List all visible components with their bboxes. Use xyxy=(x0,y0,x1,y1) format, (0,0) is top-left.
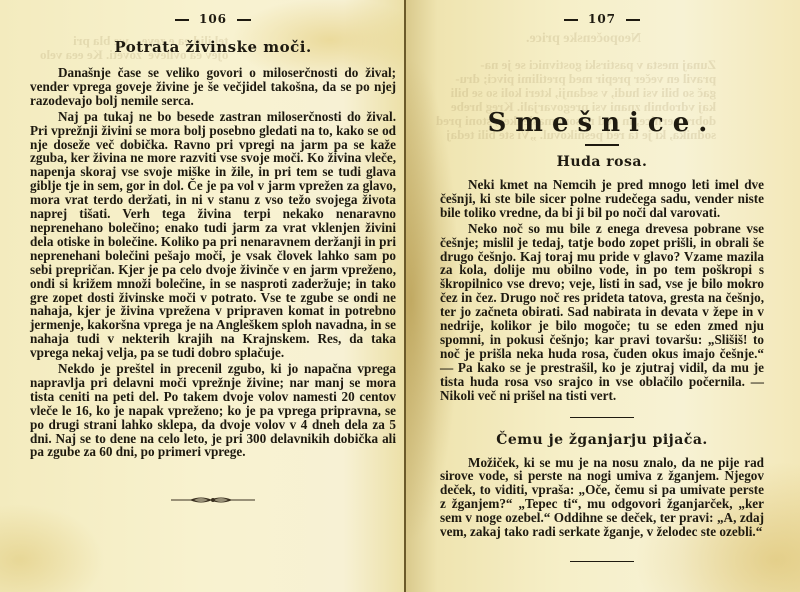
left-page: tel ilid ea e zeve we bla pri ojev ea ov… xyxy=(0,0,404,592)
section-divider xyxy=(570,561,634,562)
section-body: Možiček, ki se mu je na nosu znalo, da n… xyxy=(440,456,764,539)
article-title: Potrata živinske moči. xyxy=(30,38,396,56)
decorative-ornament xyxy=(30,495,396,505)
paragraph: Naj pa tukaj ne bo besede zastran milose… xyxy=(30,110,396,360)
page-number: 107 xyxy=(440,10,764,28)
ornament-icon xyxy=(171,495,255,505)
folio-dash xyxy=(175,19,189,21)
paragraph: Neki kmet na Nemcih je pred mnogo leti i… xyxy=(440,178,764,220)
paragraph: Današnje čase se veliko govori o miloser… xyxy=(30,66,396,108)
folio-dash xyxy=(237,19,251,21)
right-page: Neopočenske price. Zunaj mesta v pastirs… xyxy=(404,0,800,592)
section-title: Huda rosa. xyxy=(440,154,764,170)
folio-dash xyxy=(564,19,578,21)
paragraph: Možiček, ki se mu je na nosu znalo, da n… xyxy=(440,456,764,539)
paragraph: Nekdo je preštel in precenil zgubo, ki j… xyxy=(30,362,396,459)
article-body: Današnje čase se veliko govori o miloser… xyxy=(30,66,396,459)
section-divider xyxy=(570,417,634,418)
book-spread: tel ilid ea e zeve we bla pri ojev ea ov… xyxy=(0,0,800,592)
paragraph: Neko noč so mu bile z enega drevesa pobr… xyxy=(440,222,764,403)
section-title: Čemu je žganjarju pijača. xyxy=(440,432,764,448)
page-number: 106 xyxy=(30,10,396,28)
folio-dash xyxy=(626,19,640,21)
heading-rule xyxy=(585,144,619,146)
chapter-heading: Smešnice. xyxy=(440,108,764,138)
section-body: Neki kmet na Nemcih je pred mnogo leti i… xyxy=(440,178,764,403)
